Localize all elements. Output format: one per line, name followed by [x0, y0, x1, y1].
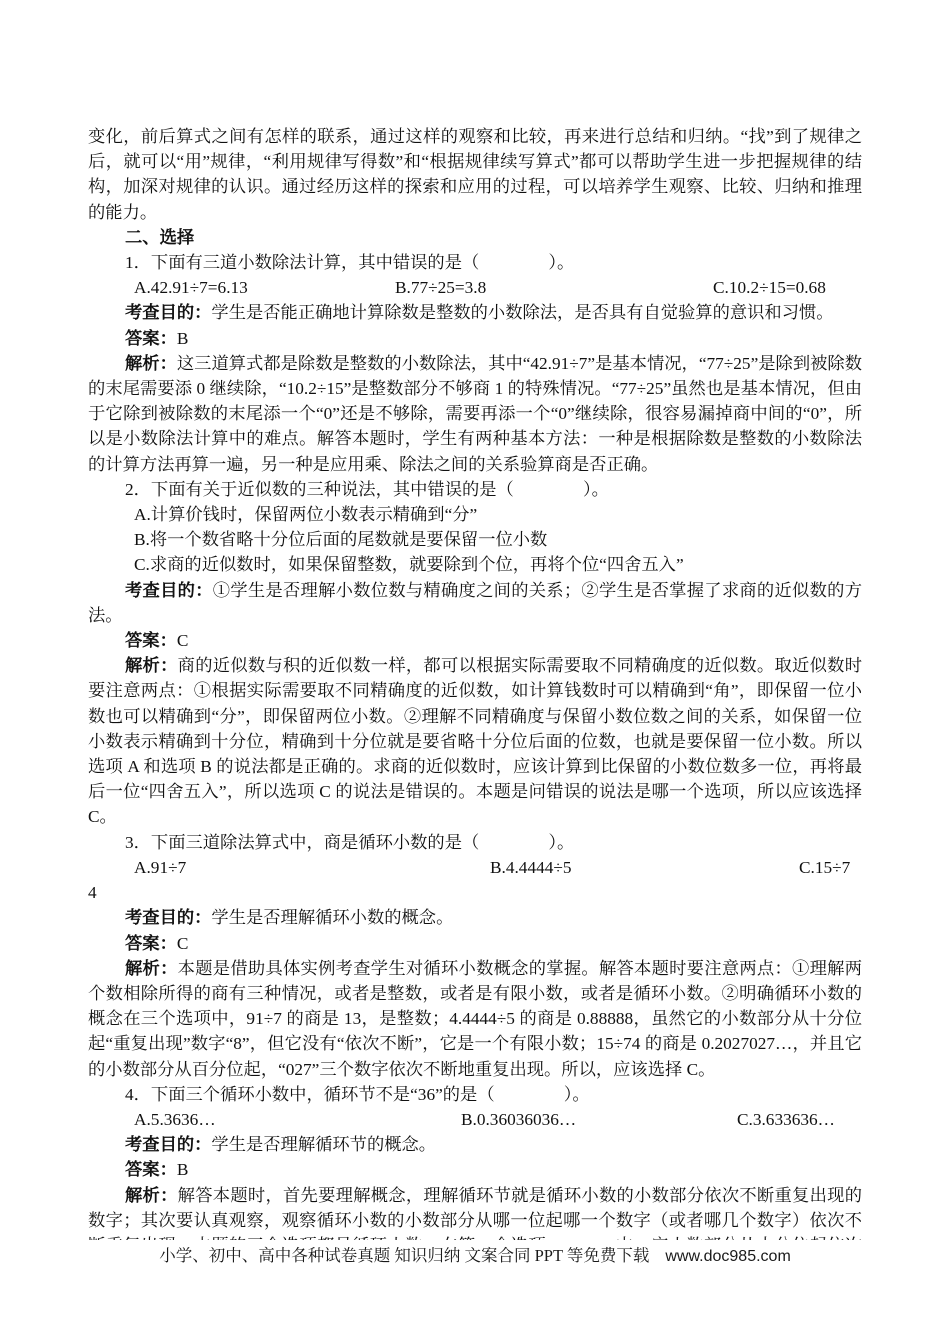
analysis-label: 解析：	[125, 1186, 178, 1205]
question-3-option-a: A.91÷7	[88, 855, 490, 880]
answer-label: 答案：	[125, 631, 177, 650]
question-3-stem: 3．下面三道除法算式中，商是循环小数的是（ ）。	[88, 830, 862, 855]
question-1-option-a: A.42.91÷7=6.13	[88, 275, 395, 300]
analysis-label: 解析：	[125, 656, 178, 675]
question-2-analysis: 解析：商的近似数与积的近似数一样，都可以根据实际需要取不同精确度的近似数。取近似…	[88, 653, 862, 829]
footer-url: www.doc985.com	[665, 1248, 790, 1265]
analysis-text: 本题是借助具体实例考查学生对循环小数概念的掌握。解答本题时要注意两点：①理解两个…	[88, 959, 862, 1079]
section-heading: 二、选择	[88, 225, 862, 250]
purpose-text: 学生是否理解循环节的概念。	[211, 1135, 436, 1154]
analysis-text: 解答本题时，首先要理解概念，理解循环节就是循环小数的小数部分依次不断重复出现的数…	[88, 1186, 862, 1240]
question-3-answer: 答案：C	[88, 931, 862, 956]
question-2-option-b: B.将一个数省略十分位后面的尾数就是要保留一位小数	[88, 527, 862, 552]
page-footer: 小学、初中、高中各种试卷真题 知识归纳 文案合同 PPT 等免费下载www.do…	[0, 1245, 950, 1268]
question-3-purpose: 考查目的：学生是否理解循环小数的概念。	[88, 905, 862, 930]
answer-label: 答案：	[125, 934, 177, 953]
question-1-option-b: B.77÷25=3.8	[395, 275, 713, 300]
purpose-text: 学生是否能正确地计算除数是整数的小数除法，是否具有自觉验算的意识和习惯。	[211, 303, 833, 322]
question-2-option-a: A.计算价钱时，保留两位小数表示精确到“分”	[88, 502, 862, 527]
answer-text: C	[177, 934, 189, 953]
purpose-label: 考查目的：	[125, 303, 211, 322]
question-2-answer: 答案：C	[88, 628, 862, 653]
question-1-purpose: 考查目的：学生是否能正确地计算除数是整数的小数除法，是否具有自觉验算的意识和习惯…	[88, 300, 862, 325]
question-1-analysis: 解析：这三道算式都是除数是整数的小数除法，其中“42.91÷7”是基本情况，“7…	[88, 351, 862, 477]
purpose-label: 考查目的：	[125, 1135, 211, 1154]
answer-text: B	[177, 329, 189, 348]
analysis-label: 解析：	[125, 354, 177, 373]
answer-label: 答案：	[125, 1160, 177, 1179]
purpose-label: 考查目的：	[125, 581, 213, 600]
question-1-option-c: C.10.2÷15=0.68	[713, 275, 862, 300]
document-body: 变化，前后算式之间有怎样的联系，通过这样的观察和比较，再来进行总结和归纳。“找”…	[88, 124, 862, 1240]
analysis-text: 商的近似数与积的近似数一样，都可以根据实际需要取不同精确度的近似数。取近似数时要…	[88, 656, 862, 826]
answer-text: B	[177, 1160, 189, 1179]
question-4-options: A.5.3636… B.0.36036036… C.3.633636…	[88, 1107, 862, 1132]
question-4-analysis: 解析：解答本题时，首先要理解概念，理解循环节就是循环小数的小数部分依次不断重复出…	[88, 1183, 862, 1240]
question-4-option-a: A.5.3636…	[88, 1107, 461, 1132]
question-4-option-c: C.3.633636…	[737, 1107, 862, 1132]
footer-text: 小学、初中、高中各种试卷真题 知识归纳 文案合同 PPT 等免费下载	[159, 1246, 649, 1265]
question-3-option-wrap: 4	[88, 880, 862, 905]
purpose-label: 考查目的：	[125, 908, 211, 927]
analysis-text: 这三道算式都是除数是整数的小数除法，其中“42.91÷7”是基本情况，“77÷2…	[88, 354, 862, 474]
question-4-option-b: B.0.36036036…	[461, 1107, 737, 1132]
question-2-option-c: C.求商的近似数时，如果保留整数，就要除到个位，再将个位“四舍五入”	[88, 552, 862, 577]
document-page: 变化，前后算式之间有怎样的联系，通过这样的观察和比较，再来进行总结和归纳。“找”…	[0, 0, 950, 1344]
answer-label: 答案：	[125, 329, 177, 348]
question-1-options: A.42.91÷7=6.13 B.77÷25=3.8 C.10.2÷15=0.6…	[88, 275, 862, 300]
question-2-purpose: 考查目的：①学生是否理解小数位数与精确度之间的关系；②学生是否掌握了求商的近似数…	[88, 578, 862, 628]
question-1-stem: 1．下面有三道小数除法计算，其中错误的是（ ）。	[88, 250, 862, 275]
intro-paragraph: 变化，前后算式之间有怎样的联系，通过这样的观察和比较，再来进行总结和归纳。“找”…	[88, 124, 862, 225]
question-3-analysis: 解析：本题是借助具体实例考查学生对循环小数概念的掌握。解答本题时要注意两点：①理…	[88, 956, 862, 1082]
question-4-stem: 4．下面三个循环小数中，循环节不是“36”的是（ ）。	[88, 1082, 862, 1107]
question-1-answer: 答案：B	[88, 326, 862, 351]
question-2-stem: 2．下面有关于近似数的三种说法，其中错误的是（ ）。	[88, 477, 862, 502]
question-3-options: A.91÷7 B.4.4444÷5 C.15÷7	[88, 855, 862, 880]
answer-text: C	[177, 631, 189, 650]
analysis-label: 解析：	[125, 959, 178, 978]
purpose-text: 学生是否理解循环小数的概念。	[211, 908, 453, 927]
question-3-option-c: C.15÷7	[799, 855, 862, 880]
question-3-option-b: B.4.4444÷5	[490, 855, 799, 880]
question-4-answer: 答案：B	[88, 1157, 862, 1182]
question-4-purpose: 考查目的：学生是否理解循环节的概念。	[88, 1132, 862, 1157]
